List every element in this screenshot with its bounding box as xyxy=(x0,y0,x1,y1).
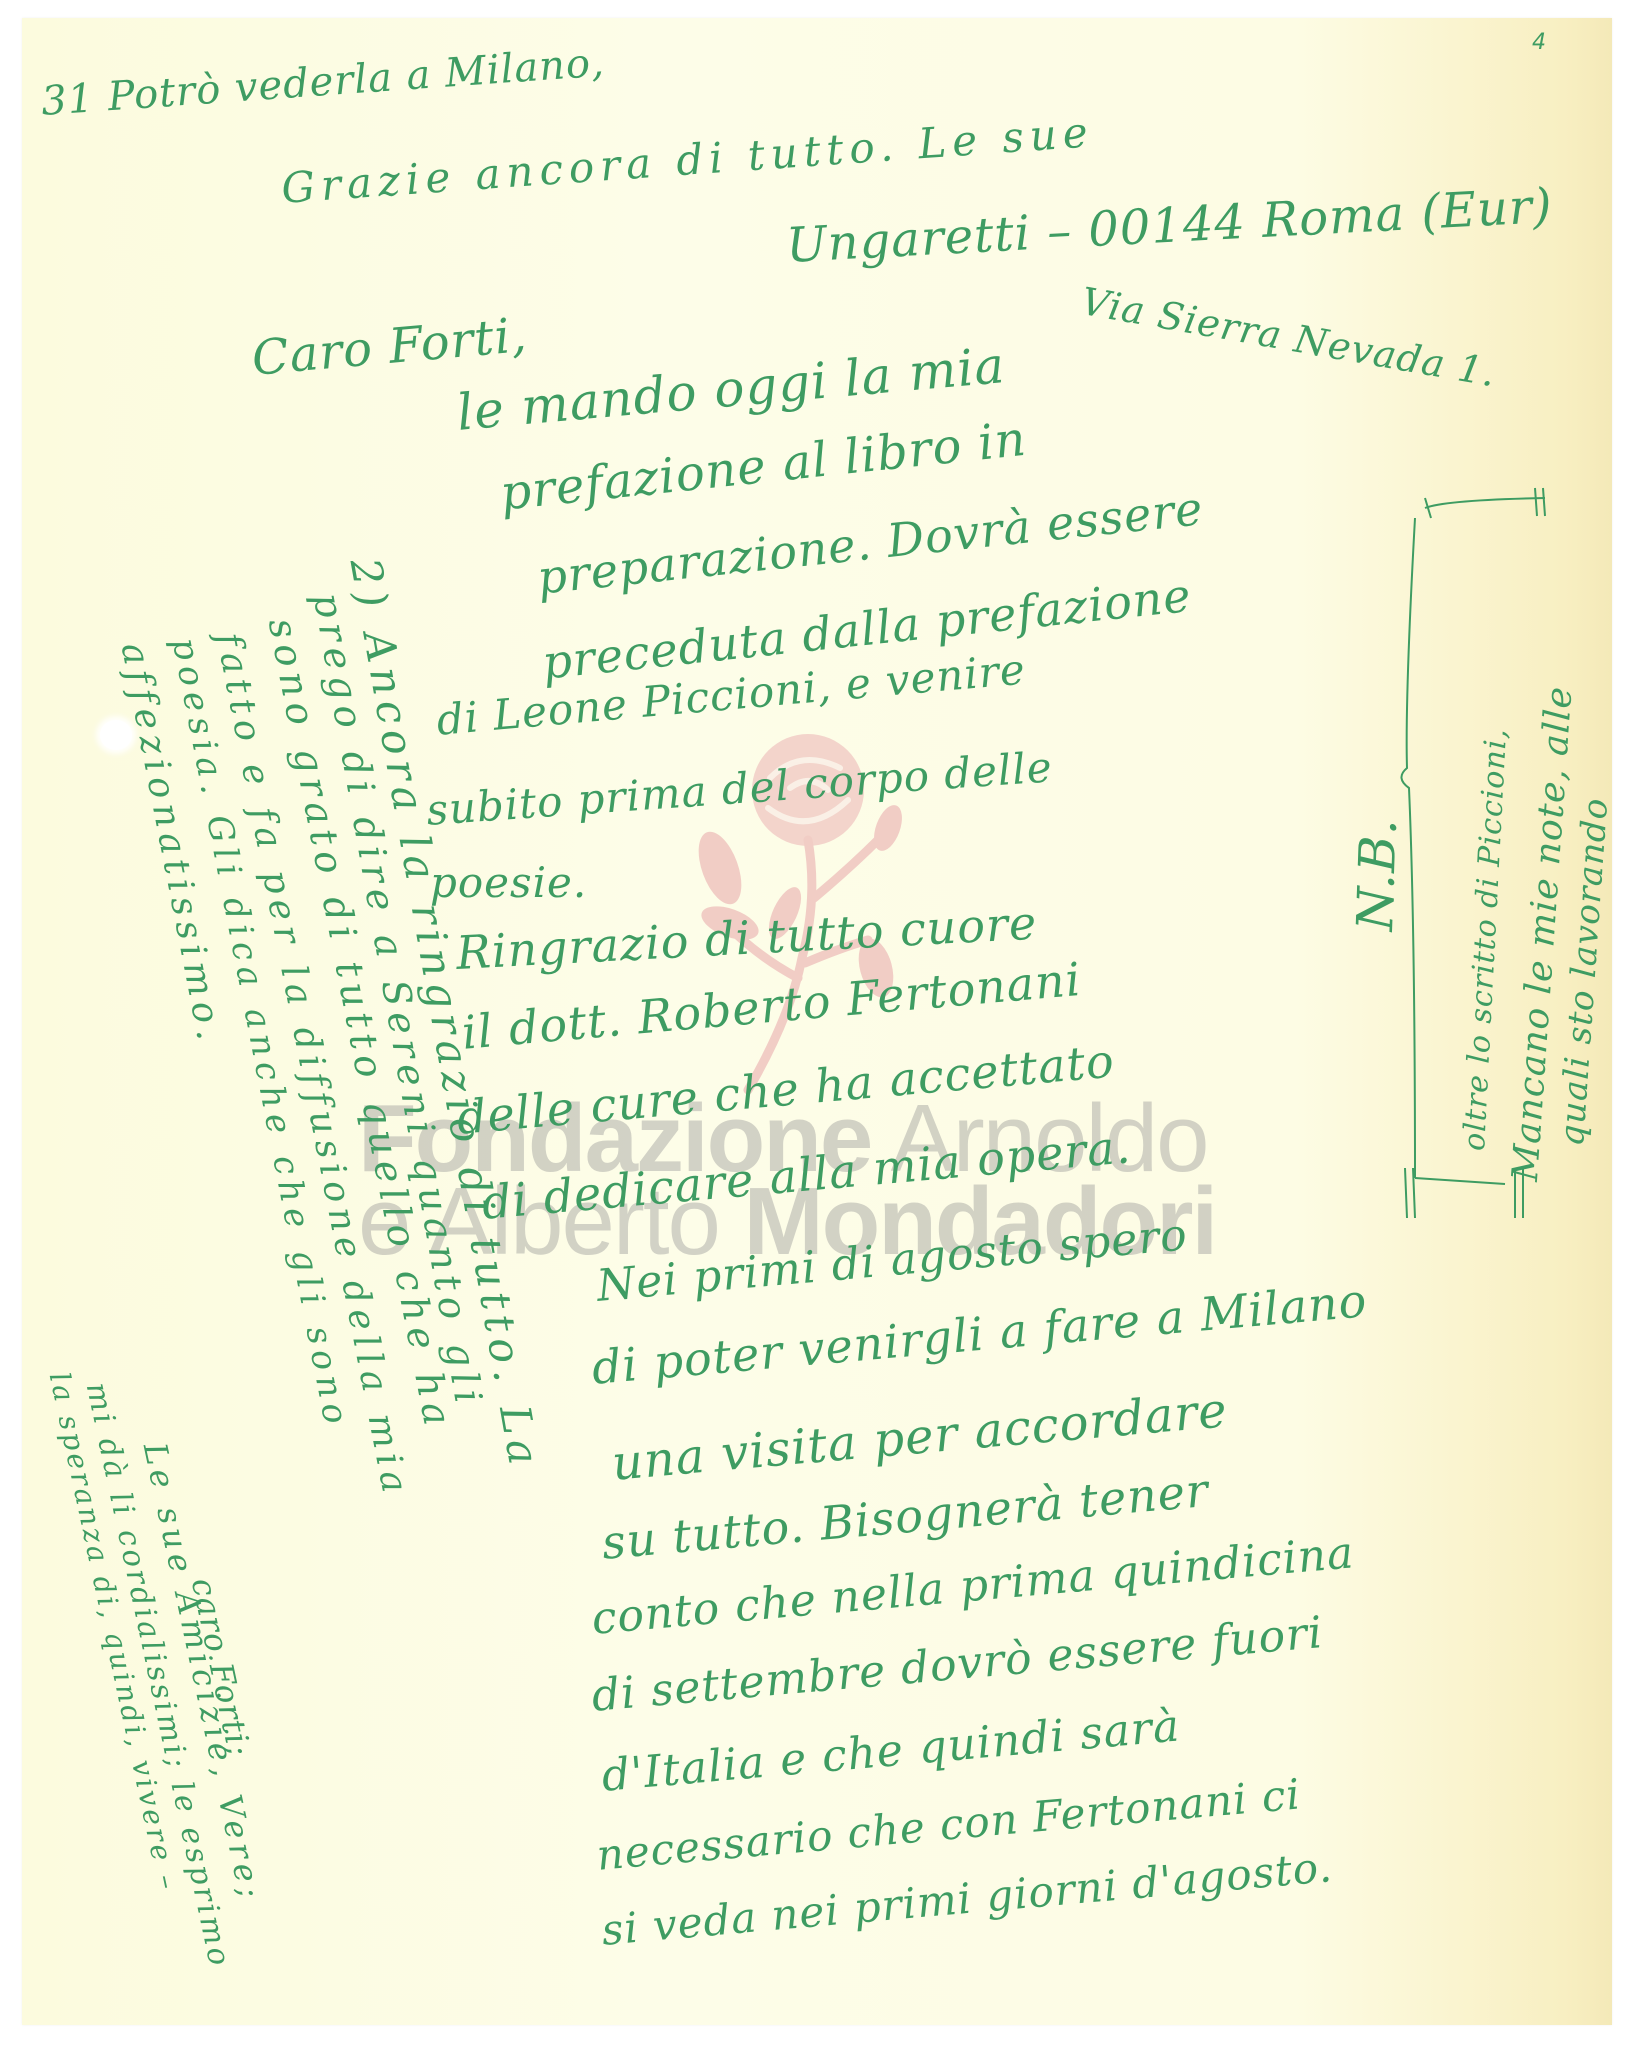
page-number: 4 xyxy=(1532,30,1546,55)
nb-label: N.B. xyxy=(1350,817,1404,932)
body-line: poesie. xyxy=(430,862,587,904)
